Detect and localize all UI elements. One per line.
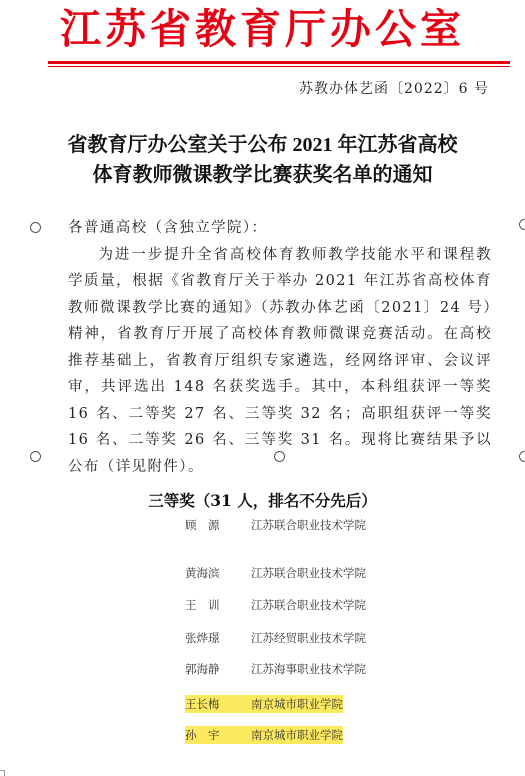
body-paragraph: 为进一步提升全省高校体育教师教学技能水平和课程教学质量，根据《省教育厅关于举办 … (68, 242, 492, 481)
winner-row: 郭海静江苏海事职业技术学院 (185, 661, 366, 677)
winner-school: 江苏海事职业技术学院 (251, 664, 366, 676)
header-rule-thick (48, 61, 510, 64)
winner-row-highlighted: 王长梅南京城市职业学院 (185, 695, 343, 713)
winner-name: 王 训 (185, 597, 251, 613)
selection-handle-bottom-left[interactable] (30, 451, 41, 462)
winner-school: 南京城市职业学院 (251, 699, 343, 711)
winner-row: 张烨璟江苏经贸职业技术学院 (185, 630, 366, 646)
masthead-title: 江苏省教育厅办公室 (0, 4, 525, 54)
title-line-1: 省教育厅办公室关于公布 2021 年江苏省高校 (0, 130, 525, 160)
winner-school: 江苏联合职业技术学院 (251, 520, 366, 532)
page-corner-mark (0, 770, 5, 776)
header-rule-thin (48, 66, 510, 67)
winner-name: 孙 宇 (185, 727, 251, 743)
title-line-2: 体育教师微课教学比赛获奖名单的通知 (0, 160, 525, 190)
winner-name: 顾 源 (185, 517, 251, 533)
document-number: 苏教办体艺函〔2022〕6 号 (299, 78, 489, 98)
winner-name: 黄海滨 (185, 565, 251, 581)
winner-row: 王 训江苏联合职业技术学院 (185, 597, 366, 613)
winner-school: 江苏联合职业技术学院 (251, 568, 366, 580)
selection-handle-bottom-right[interactable] (519, 451, 525, 462)
winner-name: 郭海静 (185, 661, 251, 677)
salutation: 各普通高校（含独立学院）： (68, 215, 492, 242)
winner-row: 黄海滨江苏联合职业技术学院 (185, 565, 366, 581)
document-body: 各普通高校（含独立学院）： 为进一步提升全省高校体育教师教学技能水平和课程教学质… (68, 215, 492, 480)
winner-school: 南京城市职业学院 (251, 730, 343, 742)
winner-row: 顾 源江苏联合职业技术学院 (185, 517, 366, 533)
winner-row-highlighted: 孙 宇南京城市职业学院 (185, 726, 343, 744)
winner-school: 江苏联合职业技术学院 (251, 600, 366, 612)
selection-handle-top-right[interactable] (519, 219, 525, 230)
selection-handle-top-left[interactable] (30, 222, 41, 233)
winner-name: 张烨璟 (185, 630, 251, 646)
document-title: 省教育厅办公室关于公布 2021 年江苏省高校 体育教师微课教学比赛获奖名单的通… (0, 130, 525, 190)
winner-name: 王长梅 (185, 696, 251, 712)
section-heading: 三等奖（31 人，排名不分先后） (0, 489, 525, 511)
winner-school: 江苏经贸职业技术学院 (251, 633, 366, 645)
